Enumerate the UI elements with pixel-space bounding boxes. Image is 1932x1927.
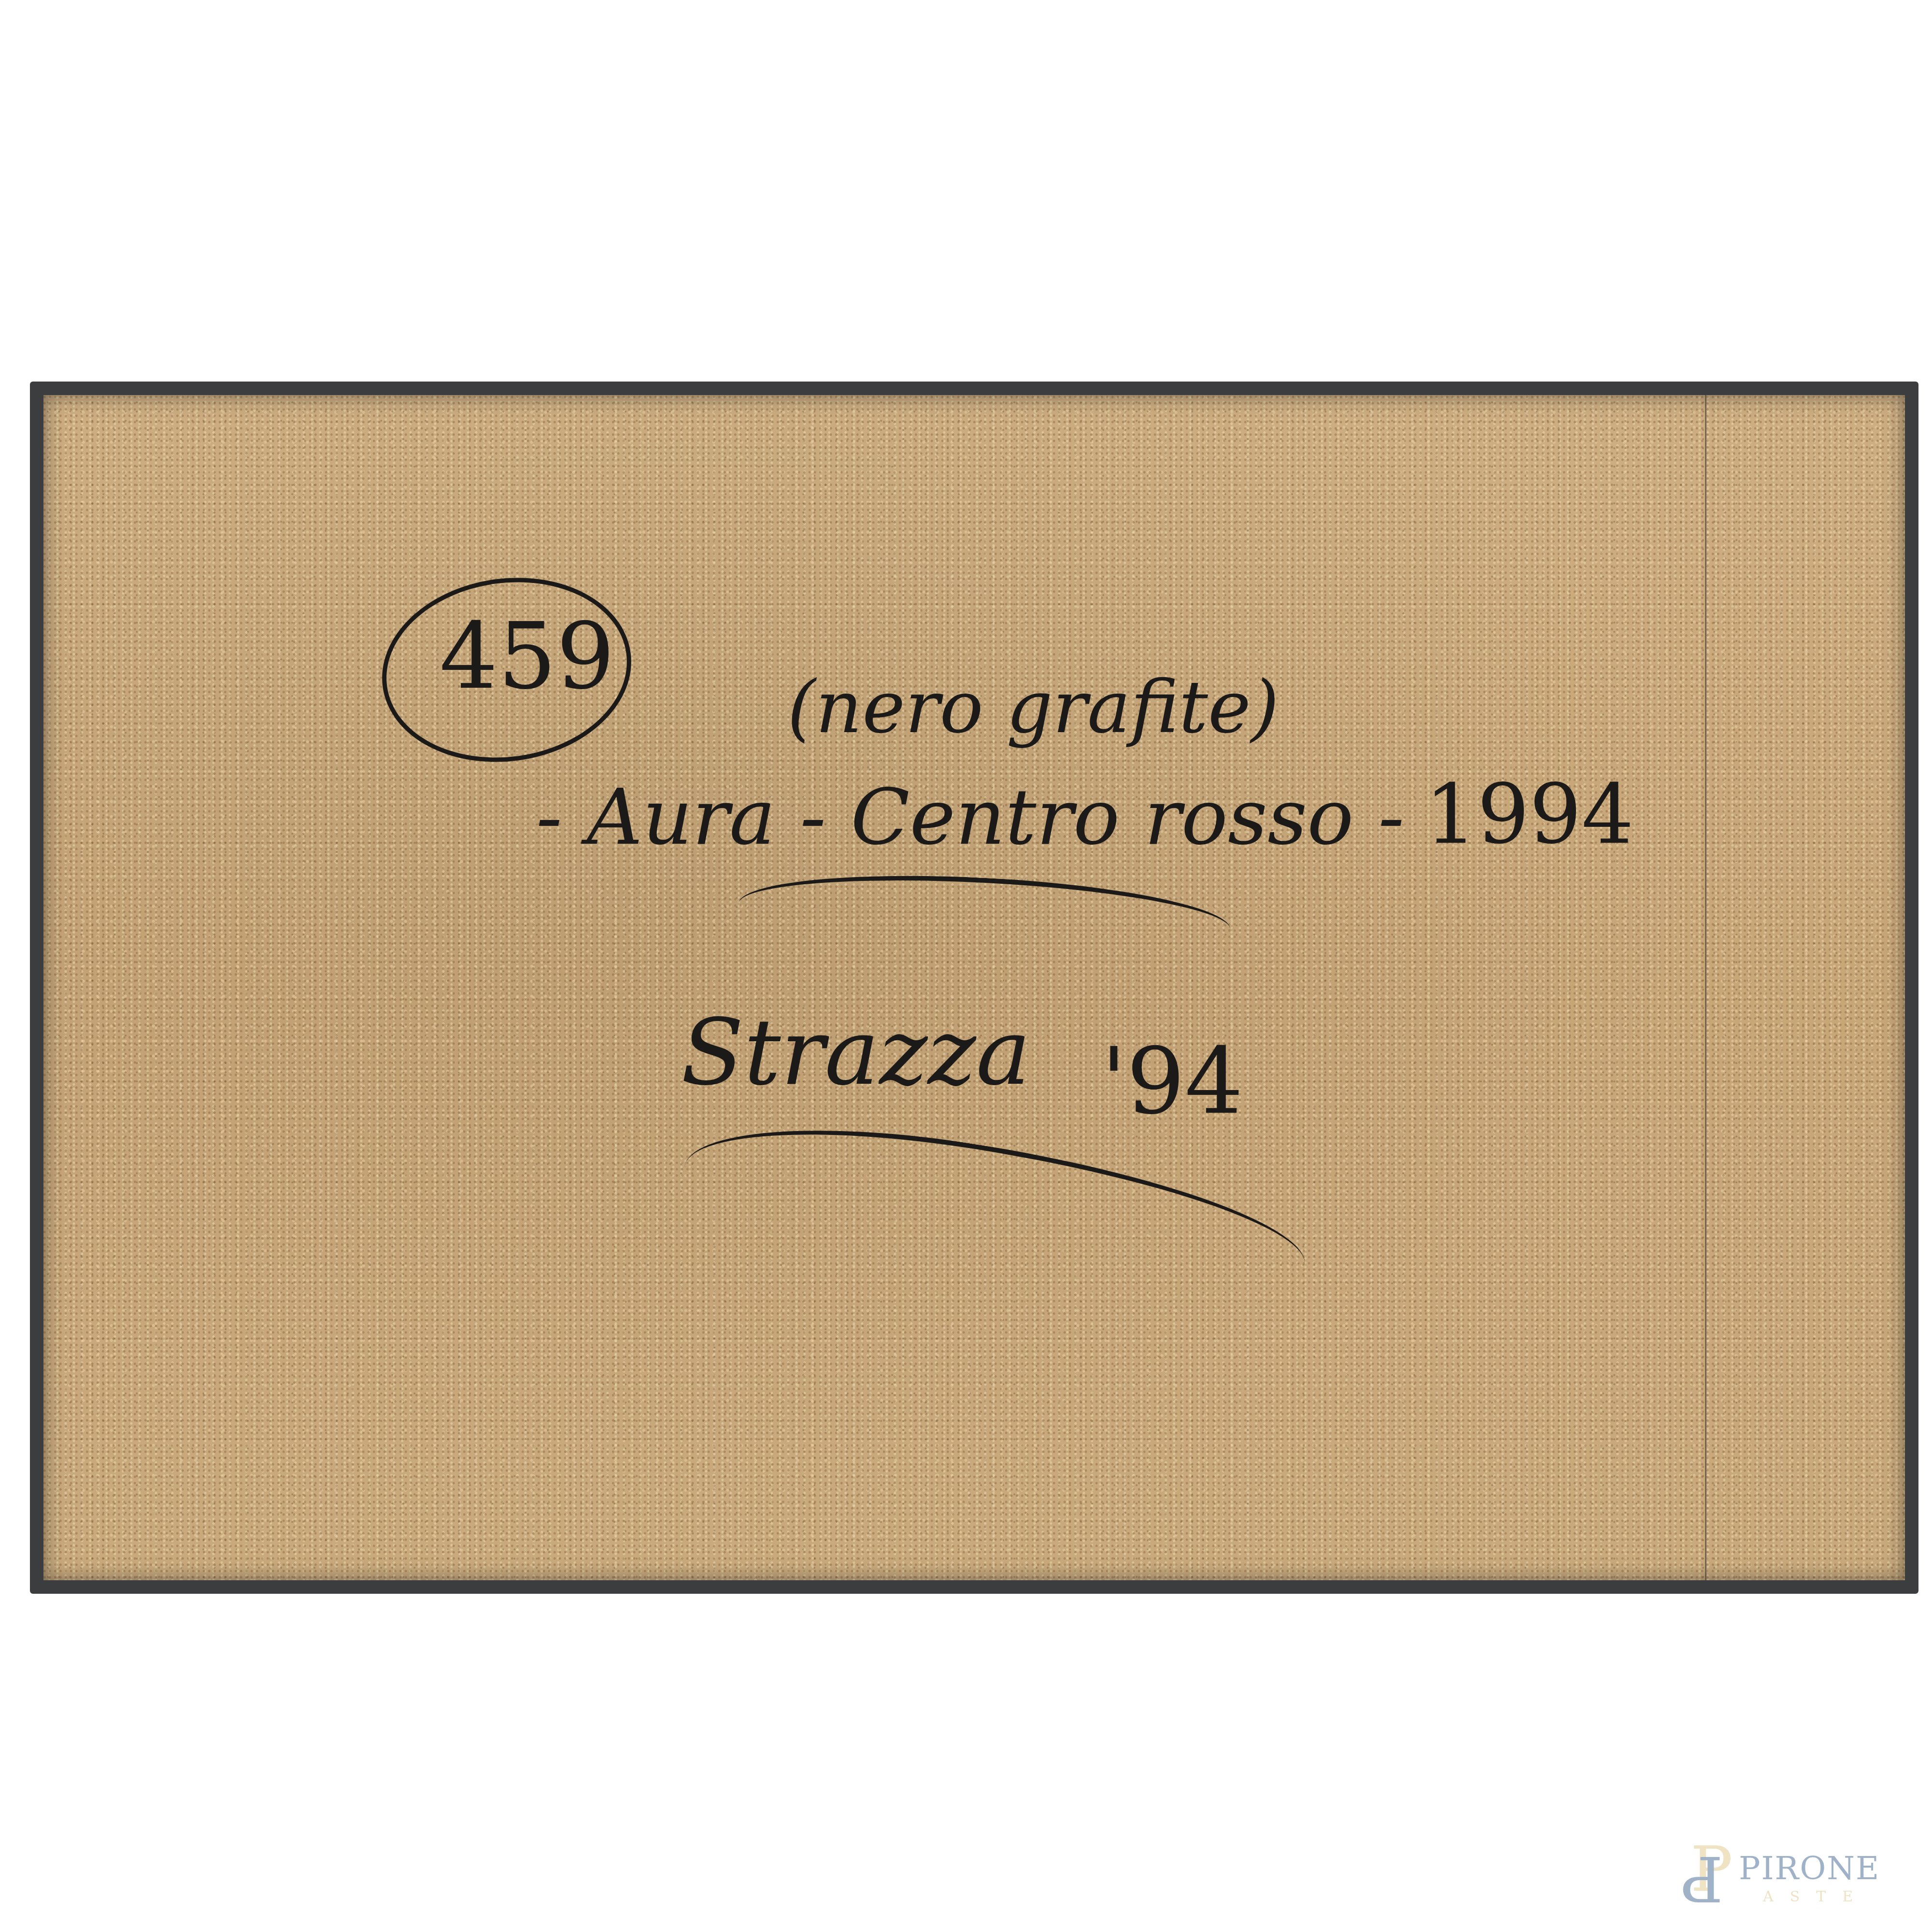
lot-number: 459 (440, 603, 615, 709)
artwork-year: 1994 (1425, 767, 1634, 863)
pirone-aste-watermark: P P PIRONE ASTE (1681, 1840, 1932, 1908)
artwork-title: - Aura - Centro rosso - (536, 772, 1405, 862)
pirone-monogram-icon: P P (1681, 1840, 1739, 1908)
watermark-subtitle: ASTE (1763, 1888, 1869, 1905)
panel-back: 459 (nero grafite) - Aura - Centro rosso… (30, 382, 1918, 1594)
watermark-name: PIRONE (1739, 1850, 1880, 1887)
signature-year: '94 (1101, 1028, 1243, 1134)
artist-signature: Strazza (681, 999, 1031, 1105)
pencil-vertical-line (1705, 395, 1706, 1580)
medium-note: (nero grafite) (787, 666, 1279, 750)
title-underline (739, 865, 1233, 929)
